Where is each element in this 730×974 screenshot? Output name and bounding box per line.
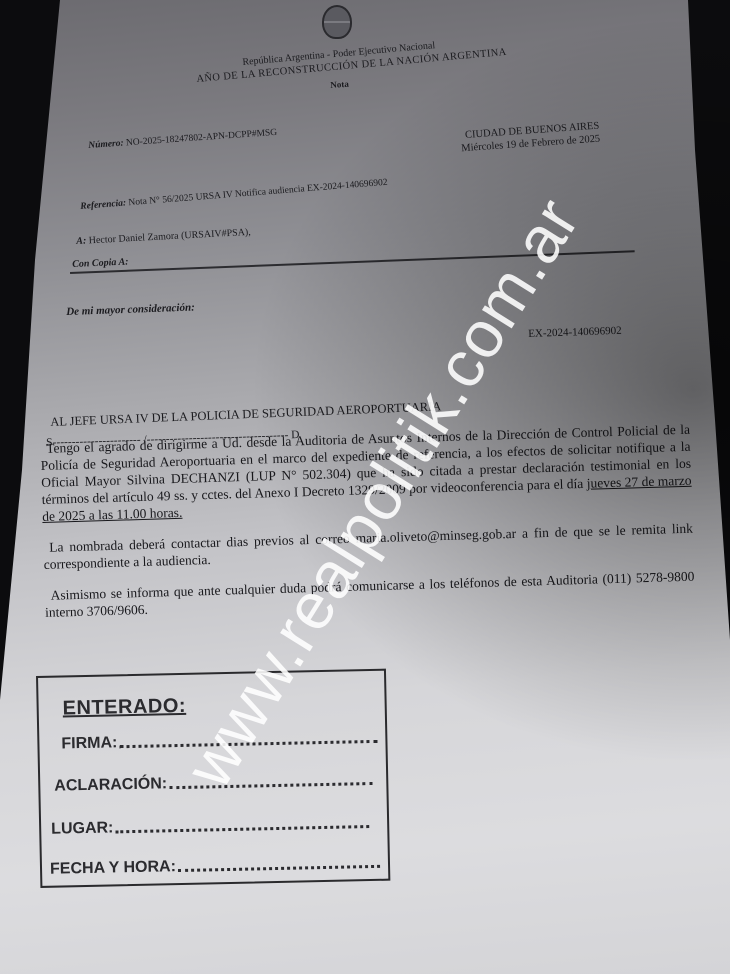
paragraph-1: Tengo el agrado de dirigirme a Ud. desde… bbox=[40, 421, 692, 525]
divider bbox=[70, 250, 635, 273]
document-page: República Argentina - Poder Ejecutivo Na… bbox=[0, 0, 730, 974]
referencia-label: Referencia: bbox=[80, 198, 127, 212]
document-number: Número: NO-2025-18247802-APN-DCPP#MSG bbox=[88, 128, 277, 151]
acknowledgement-stamp: ENTERADO: FIRMA: ACLARACIÓN: LUGAR: FECH… bbox=[36, 669, 390, 888]
numero-value: NO-2025-18247802-APN-DCPP#MSG bbox=[126, 128, 278, 149]
addressee: AL JEFE URSA IV DE LA POLICIA DE SEGURID… bbox=[50, 399, 442, 430]
referencia-value: Nota N° 56/2025 URSA IV Notifica audienc… bbox=[128, 178, 388, 208]
dotted-line bbox=[115, 814, 369, 833]
letter-body: Tengo el agrado de dirigirme a Ud. desde… bbox=[40, 421, 695, 635]
stamp-field-fecha-hora: FECHA Y HORA: bbox=[50, 854, 380, 879]
stamp-field-lugar: LUGAR: bbox=[51, 814, 369, 839]
dotted-line bbox=[119, 729, 377, 748]
salutation: De mi mayor consideración: bbox=[66, 302, 195, 318]
stamp-title: ENTERADO: bbox=[62, 695, 186, 721]
recipient: A: Hector Daniel Zamora (URSAIV#PSA), bbox=[76, 227, 251, 247]
reference: Referencia: Nota N° 56/2025 URSA IV Noti… bbox=[80, 178, 388, 212]
stamp-field-firma: FIRMA: bbox=[61, 729, 377, 754]
field-label: FECHA Y HORA: bbox=[50, 858, 176, 879]
coat-of-arms-icon bbox=[322, 5, 352, 39]
field-label: ACLARACIÓN: bbox=[54, 775, 167, 795]
dotted-line bbox=[169, 771, 372, 789]
para-label: A: bbox=[76, 235, 87, 247]
dotted-line bbox=[178, 854, 380, 872]
place-date: CIUDAD DE BUENOS AIRES Miércoles 19 de F… bbox=[464, 120, 601, 155]
expediente-number: EX-2024-140696902 bbox=[528, 325, 622, 340]
para-value: Hector Daniel Zamora (URSAIV#PSA), bbox=[88, 227, 251, 246]
cc-label: Con Copia A: bbox=[72, 257, 129, 270]
field-label: FIRMA: bbox=[61, 734, 117, 753]
stamp-field-aclaracion: ACLARACIÓN: bbox=[54, 771, 372, 796]
paragraph-2: La nombrada deberá contactar dias previo… bbox=[43, 520, 694, 573]
field-label: LUGAR: bbox=[51, 819, 114, 838]
document-type: Nota bbox=[330, 79, 349, 90]
numero-label: Número: bbox=[88, 139, 124, 151]
paragraph-3: Asimismo se informa que ante cualquier d… bbox=[44, 568, 695, 621]
